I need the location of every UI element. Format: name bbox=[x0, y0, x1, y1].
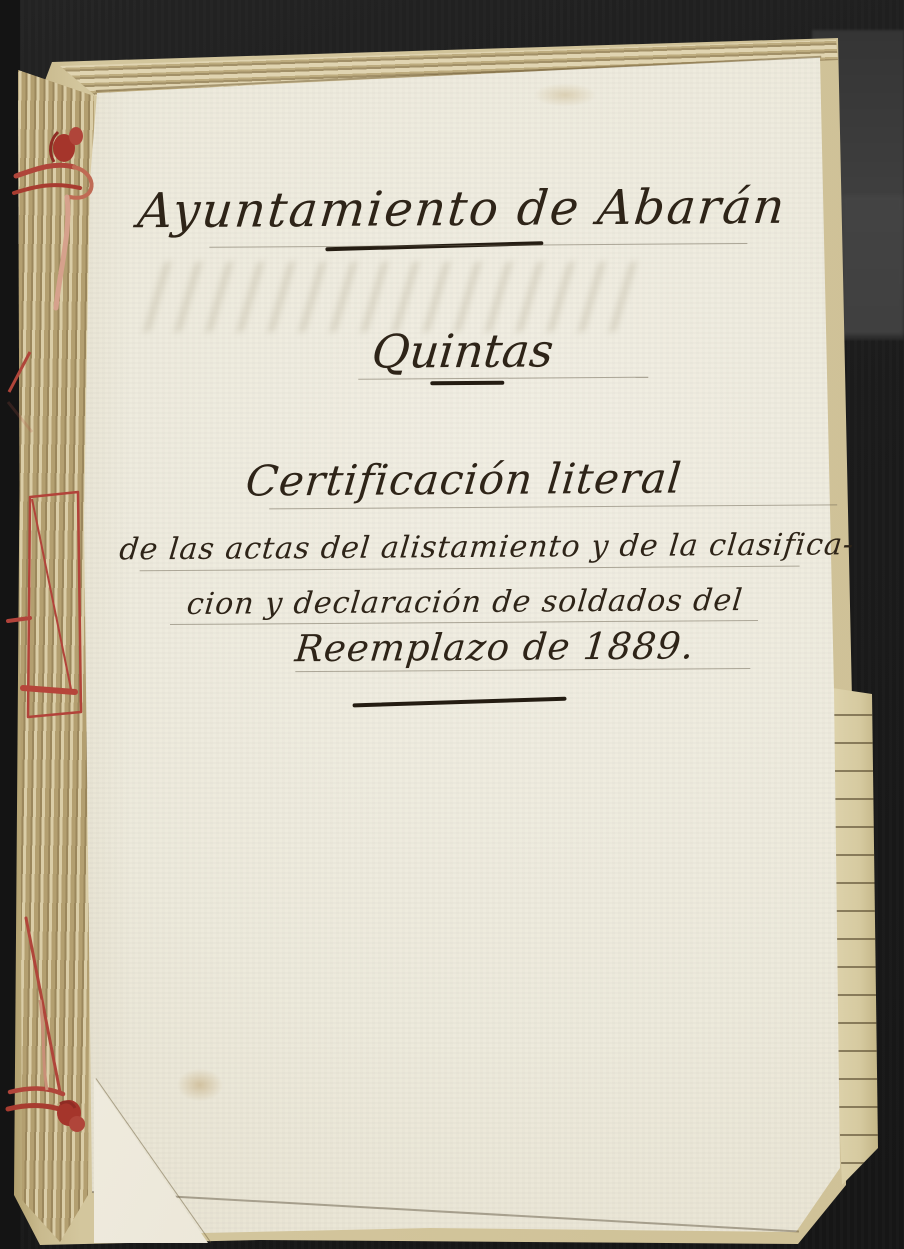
scanned-document: Ayuntamiento de Abarán Quintas Certifica… bbox=[0, 0, 904, 1249]
section-heading: Quintas bbox=[118, 320, 808, 383]
date-line-text: Reemplazo de 1889. bbox=[293, 622, 697, 673]
certification-heading-text: Certificación literal bbox=[243, 450, 684, 509]
certification-heading: Certificación literal bbox=[119, 450, 809, 511]
document-title: Ayuntamiento de Abarán bbox=[117, 176, 807, 243]
scan-background-patch bbox=[842, 195, 904, 335]
section-underline bbox=[430, 381, 504, 386]
body-line-1-text: de las actas del alistamiento y de la cl… bbox=[117, 524, 856, 571]
section-heading-text: Quintas bbox=[370, 321, 557, 380]
document-title-text: Ayuntamiento de Abarán bbox=[135, 176, 789, 243]
handwritten-content: Ayuntamiento de Abarán Quintas Certifica… bbox=[116, 0, 815, 1249]
body-line-2-text: cion y declaración de soldados del bbox=[185, 580, 745, 626]
date-line: Reemplazo de 1889. bbox=[120, 621, 840, 674]
closing-flourish-rule bbox=[353, 697, 567, 708]
body-line-1: de las actas del alistamiento y de la cl… bbox=[119, 525, 809, 572]
